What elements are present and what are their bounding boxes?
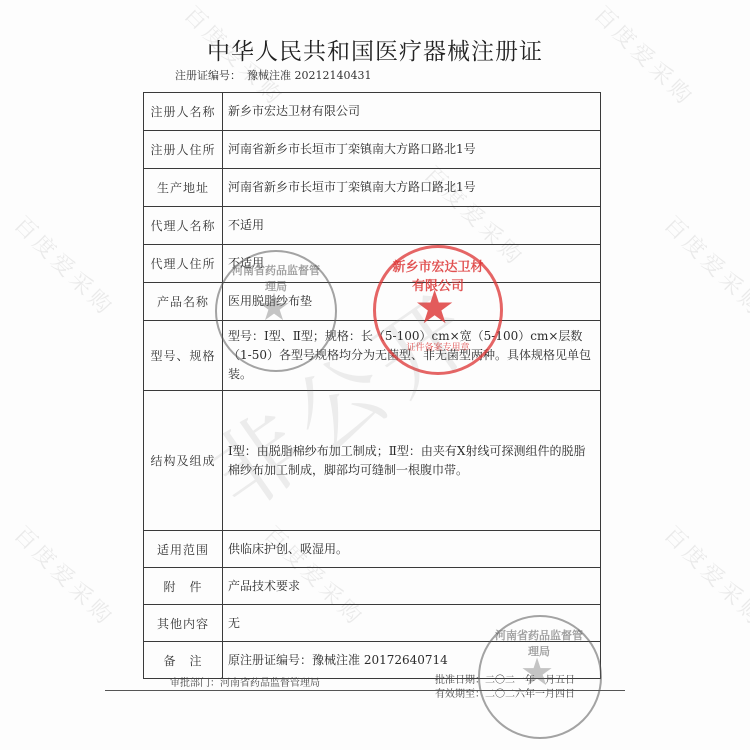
row-value: 原注册证编号：豫械注准 20172640714 (223, 642, 601, 679)
table-row: 代理人名称 不适用 (144, 207, 601, 245)
registration-table: 注册人名称 新乡市宏达卫材有限公司 注册人住所 河南省新乡市长垣市丁栾镇南大方路… (143, 92, 601, 679)
watermark: 百度爱采购 (8, 209, 122, 323)
table-row: 注册人住所 河南省新乡市长垣市丁栾镇南大方路口路北1号 (144, 131, 601, 169)
row-label: 注册人名称 (144, 93, 223, 131)
cert-number: 注册证编号：豫械注准 20212140431 (175, 67, 377, 83)
approval-dates: 批准日期：二〇二一年一月五日 有效期至：二〇二六年一月四日 (435, 674, 575, 702)
bottom-divider (105, 690, 625, 691)
watermark: 百度爱采购 (8, 519, 122, 633)
row-value: 不适用 (223, 207, 601, 245)
table-row: 结构及组成 Ⅰ型：由脱脂棉纱布加工制成；Ⅱ型：由夹有X射线可探测组件的脱脂棉纱布… (144, 391, 601, 531)
row-label: 产品名称 (144, 283, 223, 321)
approval-dept-label: 审批部门： (170, 678, 220, 689)
row-label: 注册人住所 (144, 131, 223, 169)
row-value: 无 (223, 605, 601, 642)
table-row: 产品名称 医用脱脂纱布垫 (144, 283, 601, 321)
approval-date-value: 二〇二一年一月五日 (485, 675, 575, 686)
row-label: 结构及组成 (144, 391, 223, 531)
approval-date: 批准日期：二〇二一年一月五日 (435, 674, 575, 688)
row-label: 其他内容 (144, 605, 223, 642)
row-value: 供临床护创、吸湿用。 (223, 531, 601, 568)
approval-department: 审批部门：河南省药品监督管理局 (170, 674, 320, 689)
row-label: 型号、规格 (144, 321, 223, 391)
table-row: 适用范围 供临床护创、吸湿用。 (144, 531, 601, 568)
row-value: 新乡市宏达卫材有限公司 (223, 93, 601, 131)
row-value: Ⅰ型：由脱脂棉纱布加工制成；Ⅱ型：由夹有X射线可探测组件的脱脂棉纱布加工制成，脚… (223, 391, 601, 531)
row-value: 产品技术要求 (223, 568, 601, 605)
cert-number-value: 豫械注准 20212140431 (247, 69, 371, 82)
table-row: 附 件 产品技术要求 (144, 568, 601, 605)
row-label: 代理人名称 (144, 207, 223, 245)
row-label: 适用范围 (144, 531, 223, 568)
watermark: 百度爱采购 (658, 519, 750, 633)
watermark: 百度爱采购 (658, 209, 750, 323)
table-row: 注册人名称 新乡市宏达卫材有限公司 (144, 93, 601, 131)
row-label: 生产地址 (144, 169, 223, 207)
row-value: 不适用 (223, 245, 601, 283)
table-row: 生产地址 河南省新乡市长垣市丁栾镇南大方路口路北1号 (144, 169, 601, 207)
row-label: 附 件 (144, 568, 223, 605)
cert-number-label: 注册证编号： (175, 69, 241, 82)
table-row: 代理人住所 不适用 (144, 245, 601, 283)
row-value: 医用脱脂纱布垫 (223, 283, 601, 321)
document-title: 中华人民共和国医疗器械注册证 (0, 33, 750, 66)
row-label: 备 注 (144, 642, 223, 679)
approval-date-label: 批准日期： (435, 675, 485, 686)
table-row: 其他内容 无 (144, 605, 601, 642)
row-value: 河南省新乡市长垣市丁栾镇南大方路口路北1号 (223, 131, 601, 169)
row-value: 型号：Ⅰ型、Ⅱ型；规格：长（5-100）cm×宽（5-100）cm×层数（1-5… (223, 321, 601, 391)
approval-dept-value: 河南省药品监督管理局 (220, 678, 320, 689)
row-label: 代理人住所 (144, 245, 223, 283)
table-row: 备 注 原注册证编号：豫械注准 20172640714 (144, 642, 601, 679)
row-value: 河南省新乡市长垣市丁栾镇南大方路口路北1号 (223, 169, 601, 207)
table-row: 型号、规格 型号：Ⅰ型、Ⅱ型；规格：长（5-100）cm×宽（5-100）cm×… (144, 321, 601, 391)
